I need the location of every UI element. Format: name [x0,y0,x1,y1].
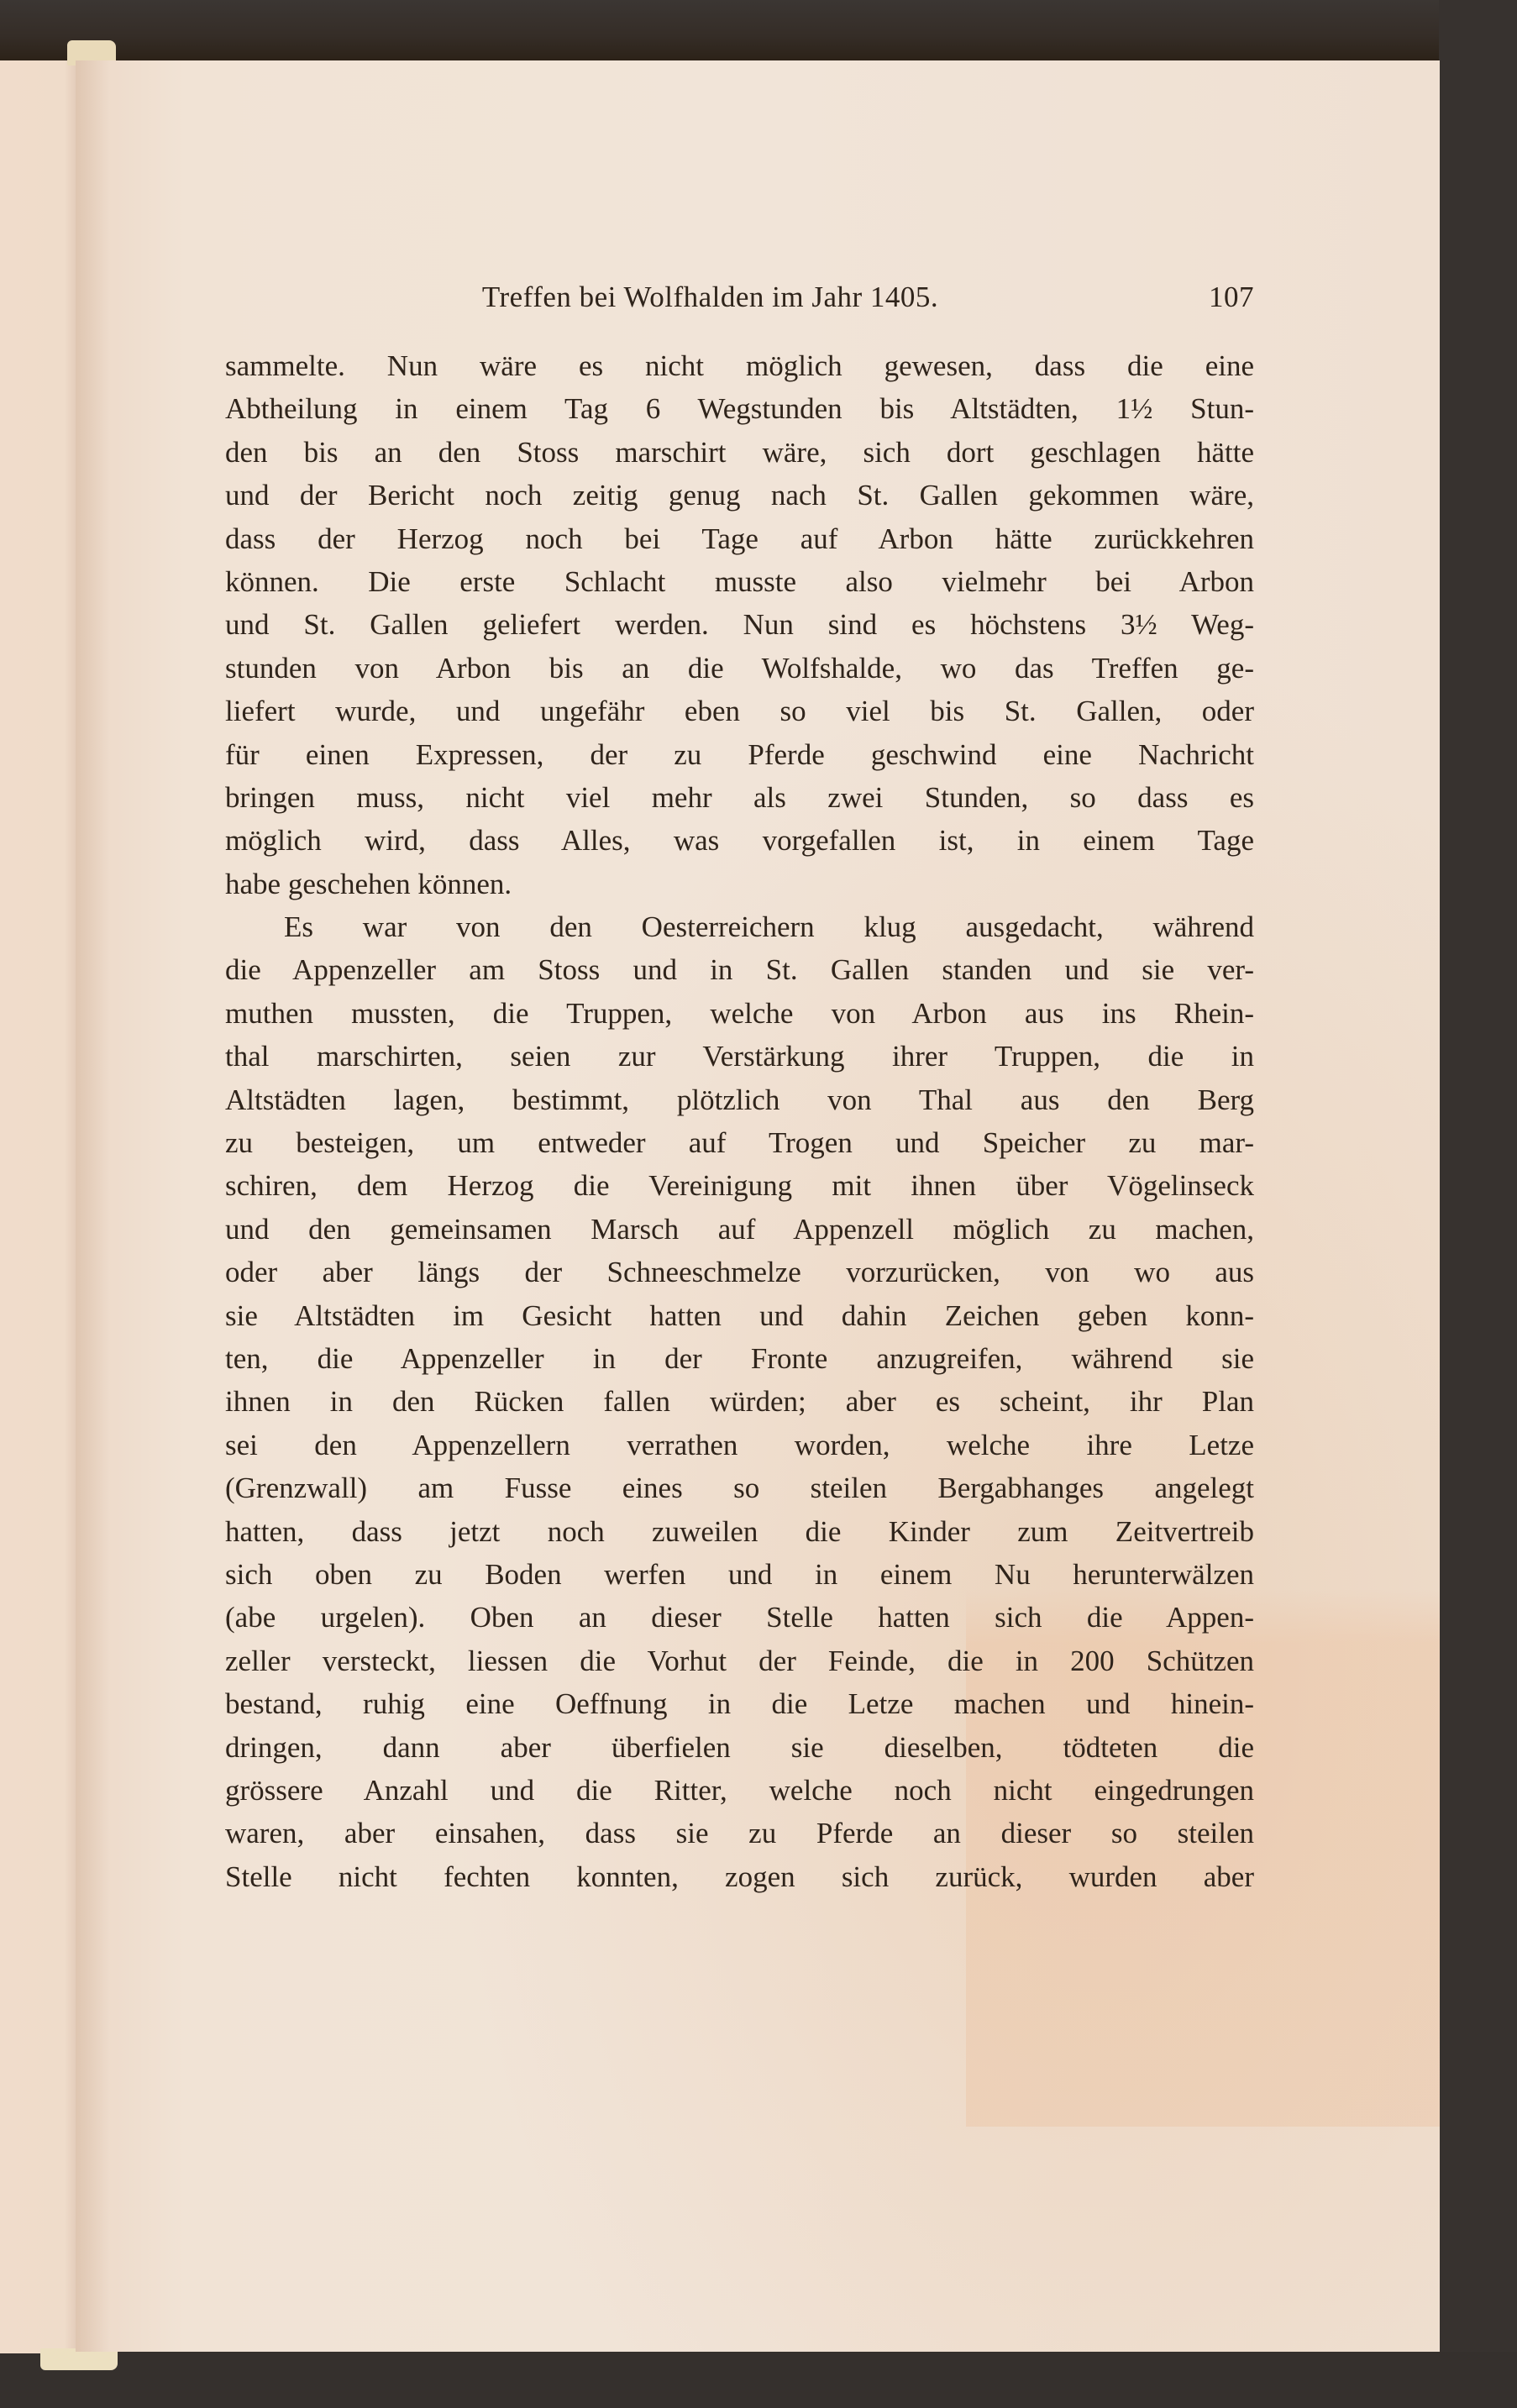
paragraph-end-line: habe geschehen können. [225,863,1254,905]
text-line: zeller versteckt, liessen die Vorhut der… [225,1639,1254,1682]
text-line: hatten, dass jetzt noch zuweilen die Kin… [225,1510,1254,1553]
text-line: thal marschirten, seien zur Verstärkung … [225,1035,1254,1078]
text-line: dringen, dann aber überfielen sie diesel… [225,1726,1254,1769]
text-line: den bis an den Stoss marschirt wäre, sic… [225,431,1254,474]
scan-backdrop-right [1439,0,1517,2408]
gutter-shadow [76,60,109,2352]
text-line: grössere Anzahl und die Ritter, welche n… [225,1769,1254,1812]
text-line: möglich wird, dass Alles, was vorgefalle… [225,819,1254,862]
scan-backdrop-top [0,0,1517,60]
text-line: ihnen in den Rücken fallen würden; aber … [225,1380,1254,1423]
text-line: muthen mussten, die Truppen, welche von … [225,992,1254,1035]
text-line: (abe urgelen). Oben an dieser Stelle hat… [225,1596,1254,1639]
running-title: Treffen bei Wolfhalden im Jahr 1405. [225,281,1254,314]
text-line: und den gemeinsamen Marsch auf Appenzell… [225,1208,1254,1251]
text-line: Stelle nicht fechten konnten, zogen sich… [225,1855,1254,1898]
text-line: schiren, dem Herzog die Vereinigung mit … [225,1164,1254,1207]
text-line: für einen Expressen, der zu Pferde gesch… [225,733,1254,776]
text-line: bestand, ruhig eine Oeffnung in die Letz… [225,1682,1254,1725]
body-text: sammelte. Nun wäre es nicht möglich gewe… [225,344,1254,1898]
text-line: zu besteigen, um entweder auf Trogen und… [225,1121,1254,1164]
text-line: und St. Gallen geliefert werden. Nun sin… [225,603,1254,646]
text-line: sammelte. Nun wäre es nicht möglich gewe… [225,344,1254,387]
text-line: und der Bericht noch zeitig genug nach S… [225,474,1254,517]
book-page: Treffen bei Wolfhalden im Jahr 1405. 107… [76,60,1440,2352]
text-line: waren, aber einsahen, dass sie zu Pferde… [225,1812,1254,1855]
text-line: oder aber längs der Schneeschmelze vorzu… [225,1251,1254,1293]
text-line: sei den Appenzellern verrathen worden, w… [225,1424,1254,1466]
text-line: sich oben zu Boden werfen und in einem N… [225,1553,1254,1596]
text-line: ten, die Appenzeller in der Fronte anzug… [225,1337,1254,1380]
text-line: Abtheilung in einem Tag 6 Wegstunden bis… [225,387,1254,430]
text-line: dass der Herzog noch bei Tage auf Arbon … [225,517,1254,560]
text-line: (Grenzwall) am Fusse eines so steilen Be… [225,1466,1254,1509]
scan-backdrop-bottom [0,2352,1517,2408]
previous-page-edge [0,60,77,2353]
paragraph-start-line: Es war von den Oesterreichern klug ausge… [225,905,1254,948]
running-head: Treffen bei Wolfhalden im Jahr 1405. 107 [225,281,1254,323]
text-line: sie Altstädten im Gesicht hatten und dah… [225,1294,1254,1337]
text-line: die Appenzeller am Stoss und in St. Gall… [225,948,1254,991]
text-line: bringen muss, nicht viel mehr als zwei S… [225,776,1254,819]
text-line: können. Die erste Schlacht musste also v… [225,560,1254,603]
text-line: stunden von Arbon bis an die Wolfshalde,… [225,647,1254,690]
text-line: Altstädten lagen, bestimmt, plötzlich vo… [225,1078,1254,1121]
page-number: 107 [1209,281,1254,314]
text-line: liefert wurde, und ungefähr eben so viel… [225,690,1254,732]
